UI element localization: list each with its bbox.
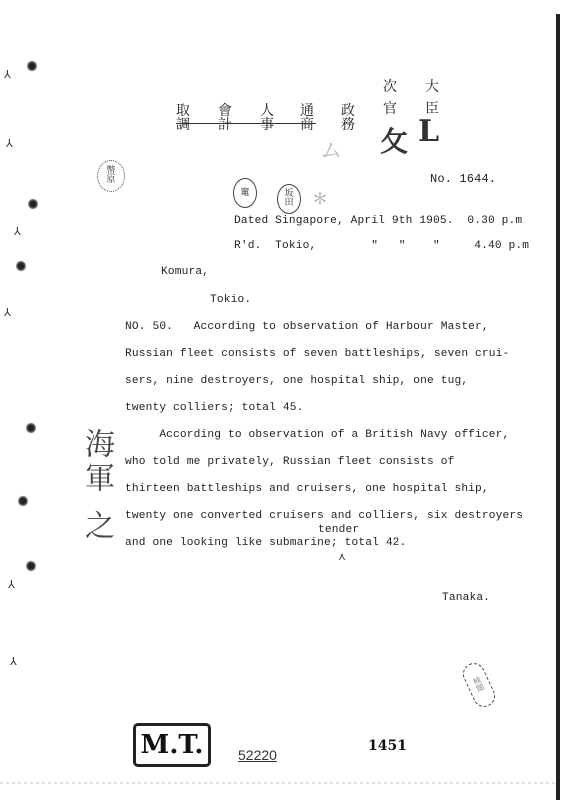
binding-mark-icon: ⅄ <box>10 655 17 668</box>
signature: Tanaka. <box>442 592 490 604</box>
binding-mark-icon: ⅄ <box>8 578 15 591</box>
punch-hole <box>27 60 37 72</box>
text-line: twenty one converted cruisers and collie… <box>125 510 523 522</box>
text-line: twenty colliers; total 45. <box>125 402 303 414</box>
addressee-city: Tokio. <box>210 294 251 306</box>
telegram-number: No. 1644. <box>430 172 496 186</box>
binding-mark-icon: ⅄ <box>4 68 11 81</box>
addressee: Komura, <box>161 266 209 278</box>
binding-mark-icon: ⅄ <box>6 137 13 150</box>
dept-jinji: 人事 <box>260 104 274 132</box>
faint-stamp: ＊ <box>312 186 328 209</box>
minister-seal: L <box>418 114 439 149</box>
received-line: R'd. Tokio, " " " 4.40 p.m <box>234 240 529 252</box>
seal-stamp: 幣原 <box>97 160 125 192</box>
text-line: NO. 50. According to observation of Harb… <box>125 321 489 333</box>
punch-hole <box>16 260 26 272</box>
seal-stamp: 竃 <box>233 178 257 208</box>
text-line: and one looking like submarine; total 42… <box>125 537 406 549</box>
dept-torishirabe: 取調 <box>176 104 190 132</box>
insertion-tender: tender <box>318 524 359 536</box>
faint-signature: ム <box>320 134 342 165</box>
text-line: sers, nine destroyers, one hospital ship… <box>125 375 468 387</box>
dept-tsusho: 通商 <box>300 104 314 132</box>
minister-label: 大臣 <box>425 80 439 116</box>
dept-seimu: 政務 <box>341 104 355 132</box>
text-line: According to observation of a British Na… <box>125 429 509 441</box>
punch-hole <box>26 560 36 572</box>
dated-line: Dated Singapore, April 9th 1905. 0.30 p.… <box>234 215 522 227</box>
dept-kaikei: 會計 <box>218 104 232 132</box>
punch-hole <box>18 495 28 507</box>
text-line: thirteen battleships and cruisers, one h… <box>125 483 489 495</box>
reel-number: 52220 <box>238 747 277 763</box>
punch-hole <box>28 198 38 210</box>
vice-minister-signature: ⺙ <box>380 120 408 160</box>
mt-stamp: M.T. <box>133 723 211 767</box>
text-line: who told me privately, Russian fleet con… <box>125 456 454 468</box>
page-edge-shadow <box>556 14 560 800</box>
punch-hole <box>26 422 36 434</box>
oval-seal-stamp: 検閲 <box>459 660 498 711</box>
binding-mark-icon: ⅄ <box>4 306 11 319</box>
strikethrough-line <box>176 123 316 124</box>
vice-minister-label: 次官 <box>383 80 397 116</box>
seal-stamp: 坂田 <box>277 184 301 214</box>
scan-noise-line <box>0 782 556 784</box>
text-line: Russian fleet consists of seven battlesh… <box>125 348 509 360</box>
page-number: 1451 <box>368 738 407 754</box>
binding-mark-icon: ⅄ <box>14 225 21 238</box>
caret-insert-icon: ⋏ <box>338 550 346 563</box>
marginal-note: 海軍 之 <box>74 428 118 544</box>
